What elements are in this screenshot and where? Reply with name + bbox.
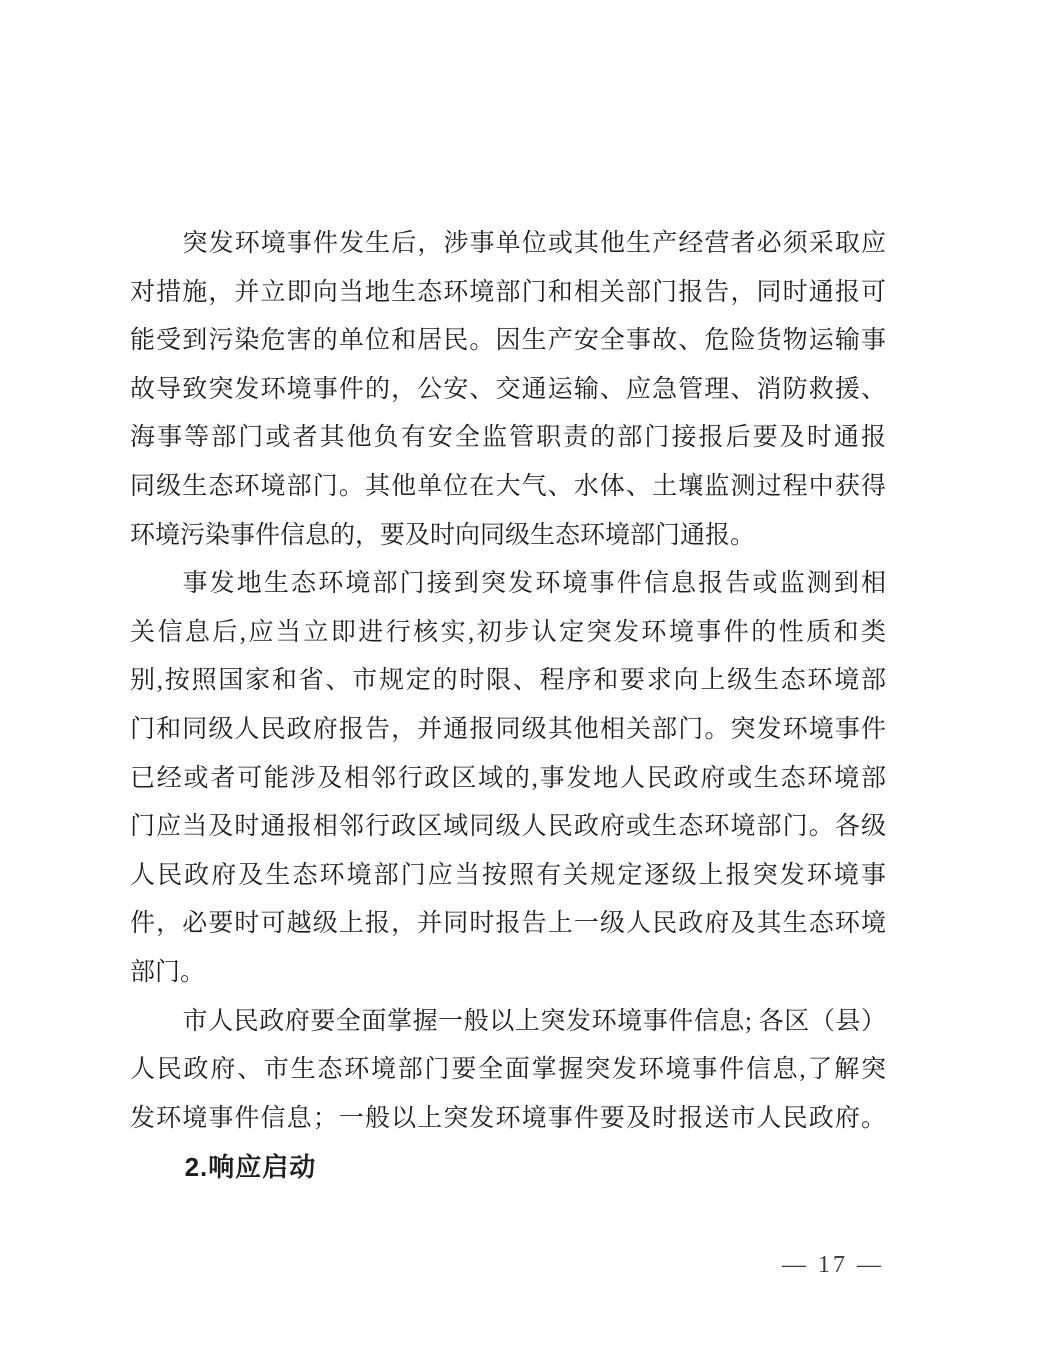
text-line: 同级生态环境部门。其他单位在大气、水体、土壤监测过程中获得 — [130, 463, 886, 512]
text-line: 对措施，并立即向当地生态环境部门和相关部门报告，同时通报可 — [130, 269, 886, 318]
text-line: 部门。 — [130, 949, 886, 998]
text-line: 人民政府及生态环境部门应当按照有关规定逐级上报突发环境事 — [130, 852, 886, 901]
section-heading: 2.响应启动 — [130, 1143, 886, 1192]
text-line: 环境污染事件信息的，要及时向同级生态环境部门通报。 — [130, 512, 886, 561]
text-line: 发环境事件信息；一般以上突发环境事件要及时报送市人民政府。 — [130, 1095, 886, 1144]
page-number: — 17 — — [782, 1252, 884, 1279]
document-page: 突发环境事件发生后，涉事单位或其他生产经营者必须采取应 对措施，并立即向当地生态… — [0, 0, 1040, 1345]
text-line: 件，必要时可越级上报，并同时报告上一级人民政府及其生态环境 — [130, 900, 886, 949]
text-line: 事发地生态环境部门接到突发环境事件信息报告或监测到相 — [130, 560, 886, 609]
text-line: 已经或者可能涉及相邻行政区域的,事发地人民政府或生态环境部 — [130, 755, 886, 804]
text-line: 能受到污染危害的单位和居民。因生产安全事故、危险货物运输事 — [130, 317, 886, 366]
text-line: 门应当及时通报相邻行政区域同级人民政府或生态环境部门。各级 — [130, 803, 886, 852]
text-line: 关信息后,应当立即进行核实,初步认定突发环境事件的性质和类 — [130, 609, 886, 658]
text-line: 市人民政府要全面掌握一般以上突发环境事件信息; 各区（县） — [130, 998, 886, 1047]
text-line: 故导致突发环境事件的，公安、交通运输、应急管理、消防救援、 — [130, 366, 886, 415]
text-line: 人民政府、市生态环境部门要全面掌握突发环境事件信息,了解突 — [130, 1046, 886, 1095]
text-line: 门和同级人民政府报告，并通报同级其他相关部门。突发环境事件 — [130, 706, 886, 755]
text-line: 海事等部门或者其他负有安全监管职责的部门接报后要及时通报 — [130, 414, 886, 463]
text-line: 别,按照国家和省、市规定的时限、程序和要求向上级生态环境部 — [130, 657, 886, 706]
body-text: 突发环境事件发生后，涉事单位或其他生产经营者必须采取应 对措施，并立即向当地生态… — [130, 220, 886, 1192]
text-line: 突发环境事件发生后，涉事单位或其他生产经营者必须采取应 — [130, 220, 886, 269]
